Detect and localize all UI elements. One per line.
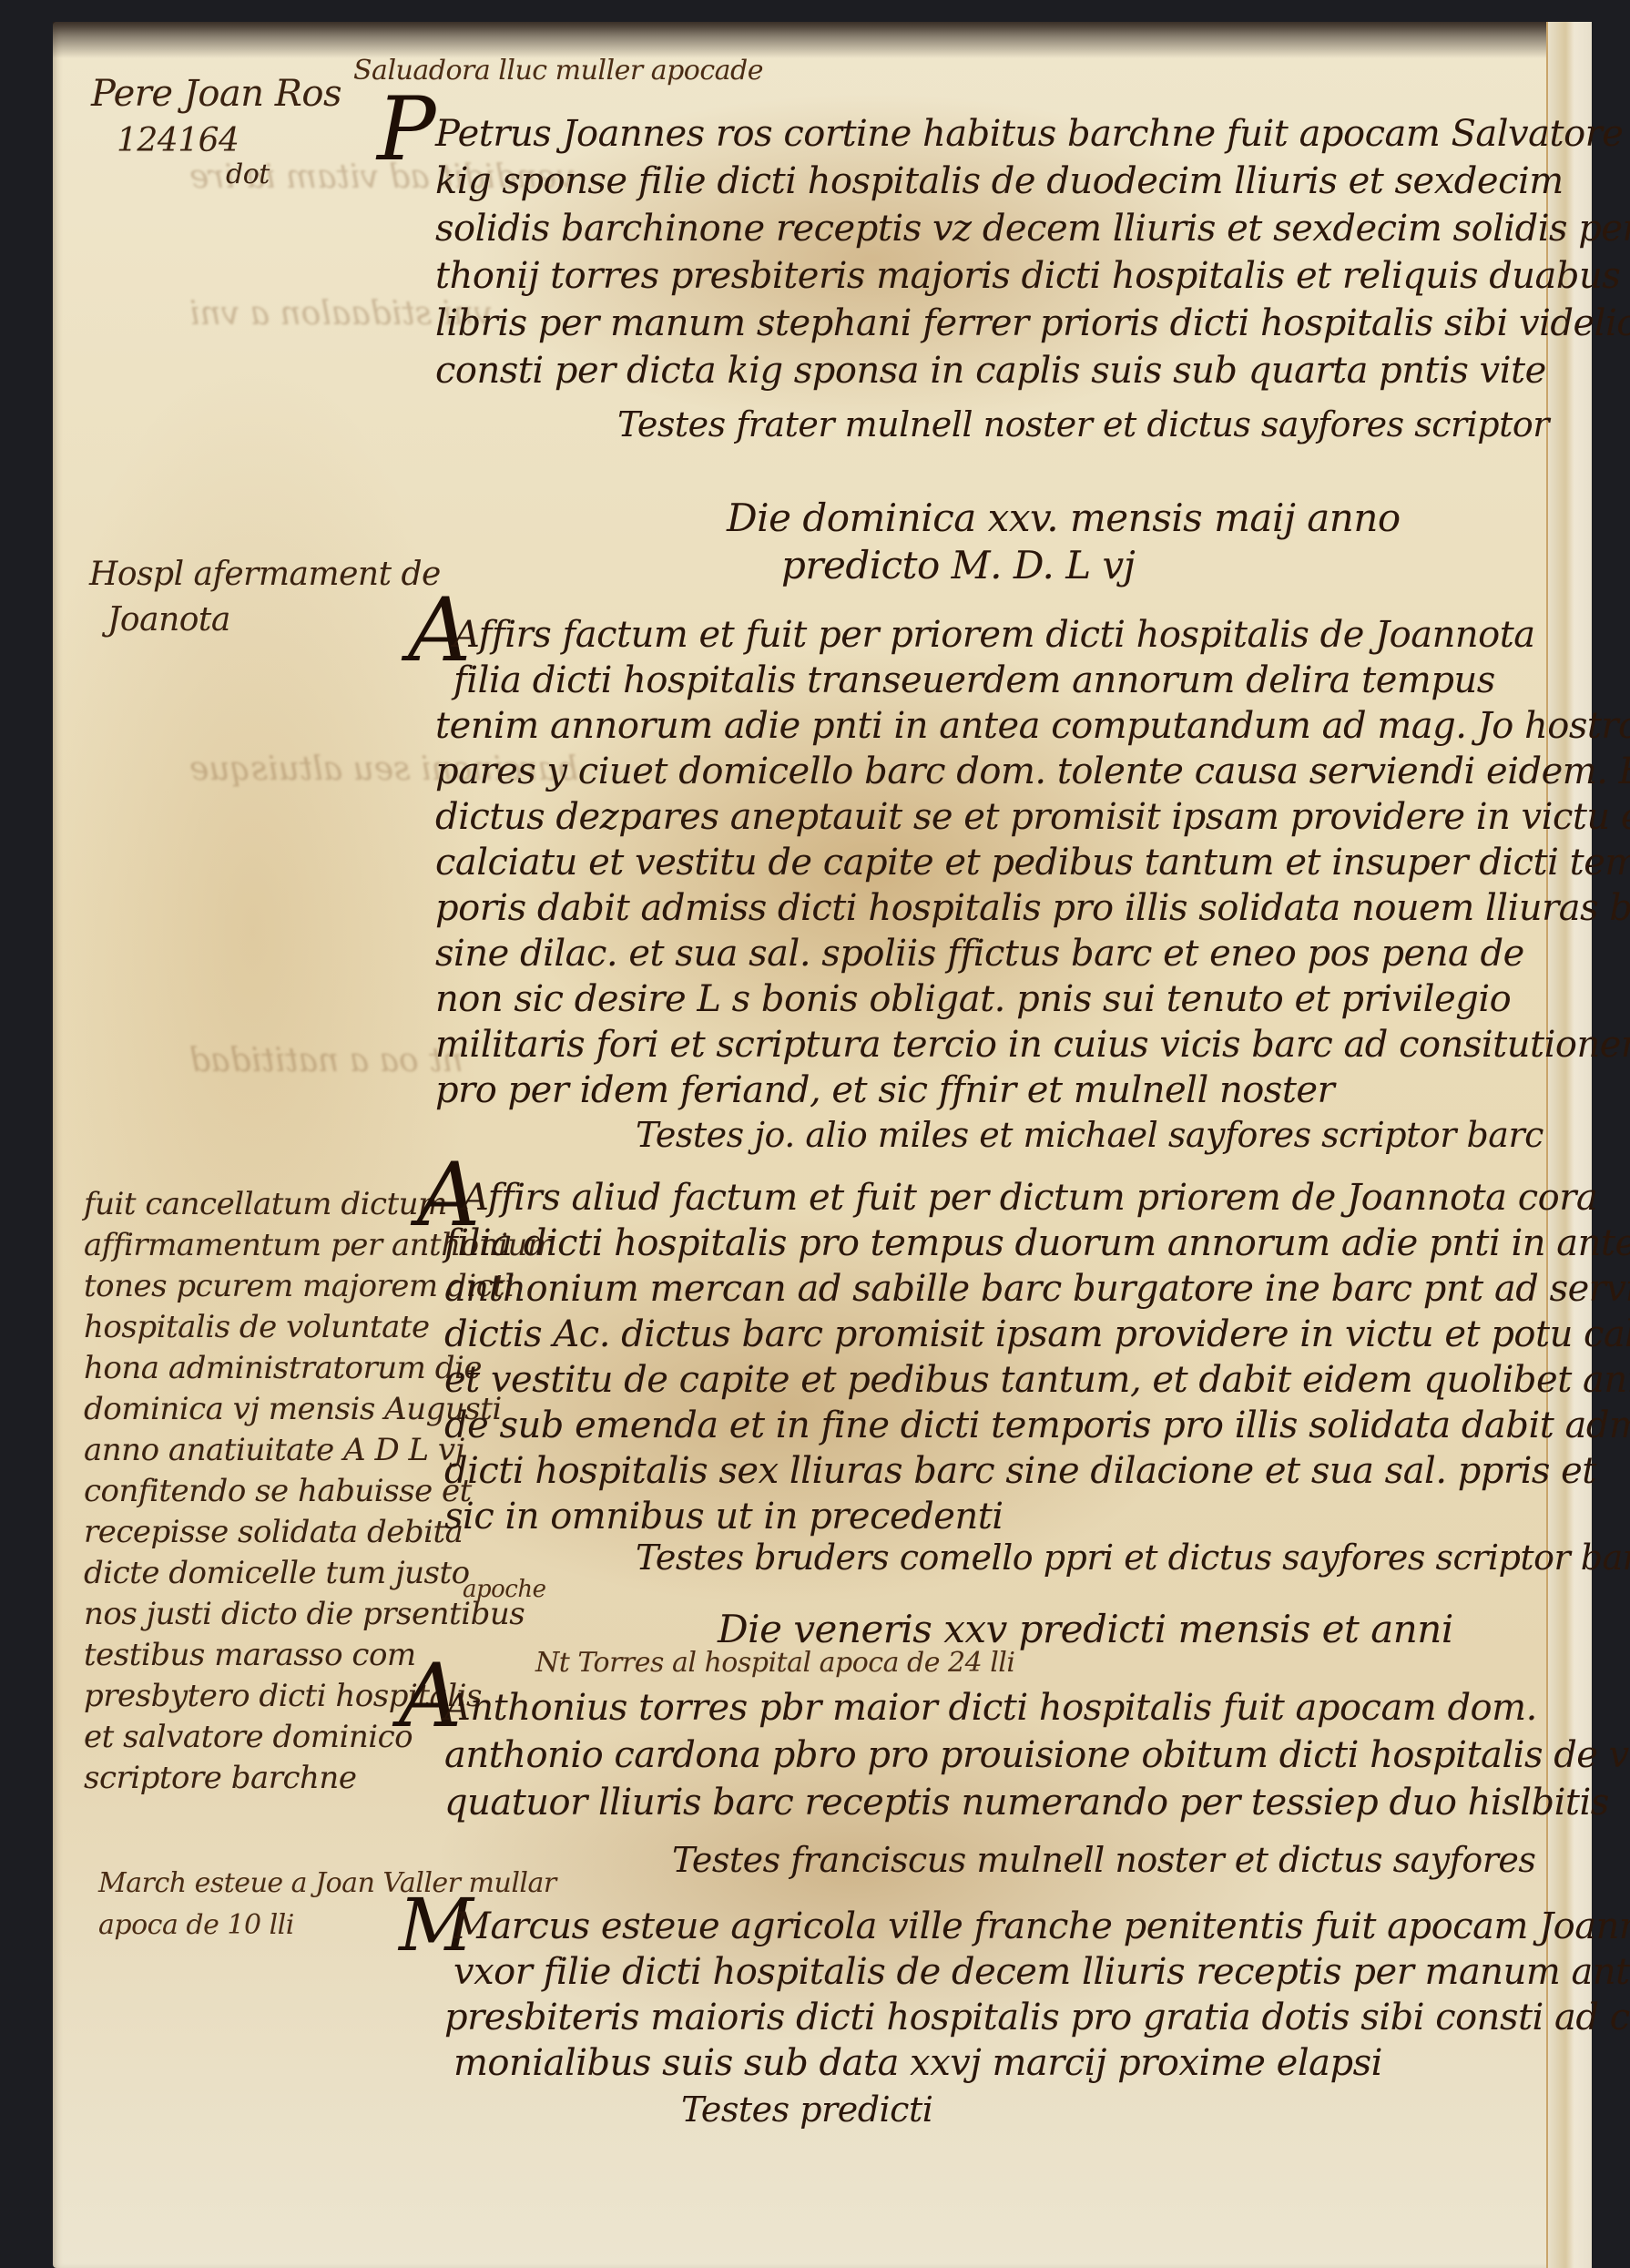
entry-line: de sub emenda et in fine dicti temporis …: [444, 1405, 1630, 1446]
date-heading: Die dominica xxv. mensis maij anno: [727, 495, 1401, 540]
interlinear-note: apoche: [463, 1576, 546, 1603]
margin-note-dot: dot: [226, 158, 270, 190]
entry-line: non sic desire L s bonis obligat. pnis s…: [435, 978, 1511, 1020]
entry-line: anthonio cardona pbro pro prouisione obi…: [444, 1734, 1630, 1776]
entry-line: pares y ciuet domicello barc dom. tolent…: [435, 751, 1630, 792]
margin-note-heading-2: Joanota: [107, 601, 230, 639]
witnesses-line: Testes franciscus mulnell noster et dict…: [672, 1840, 1535, 1880]
margin-note-cancel: scriptore barchne: [84, 1760, 356, 1796]
manuscript-page: vendidit ad vitam ia ire vni stidaalon a…: [53, 22, 1592, 2268]
margin-note-number: 124164: [117, 122, 239, 159]
date-heading: predicto M. D. L vj: [781, 543, 1135, 587]
entry-line: quatuor lliuris barc receptis numerando …: [444, 1782, 1609, 1824]
margin-note-cancel: dicte domicelle tum justo: [84, 1555, 470, 1591]
bleed-through: nt oa a natitidad: [189, 1042, 464, 1079]
entry-line: thonij torres presbiteris majoris dicti …: [435, 255, 1620, 297]
entry-line: Petrus Joannes ros cortine habitus barch…: [435, 113, 1623, 155]
entry-line: consti per dicta kig sponsa in caplis su…: [435, 350, 1546, 392]
witnesses-line: Testes bruders comello ppri et dictus sa…: [636, 1538, 1630, 1578]
entry-line: calciatu et vestitu de capite et pedibus…: [435, 842, 1630, 884]
witnesses-line: Testes jo. alio miles et michael sayfore…: [636, 1115, 1543, 1155]
margin-note-name: Pere Joan Ros: [91, 73, 341, 115]
entry-line: sine dilac. et sua sal. spoliis ffictus …: [435, 933, 1524, 975]
margin-note-cancel: fuit cancellatum dictum: [84, 1186, 447, 1222]
entry-line: Affirs factum et fuit per priorem dicti …: [453, 614, 1535, 656]
margin-note-cancel: anno anatiuitate A D L vj: [84, 1432, 464, 1468]
entry-line: anthonium mercan ad sabille barc burgato…: [444, 1268, 1630, 1310]
entry-line: dictus dezpares aneptauit se et promisit…: [435, 796, 1630, 838]
margin-note-cancel: dominica vj mensis Augusti: [84, 1391, 502, 1427]
witnesses-line: Testes predicti: [681, 2089, 932, 2130]
side-note: Nt Torres al hospital apoca de 24 lli: [535, 1647, 1014, 1679]
entry-line: Affirs aliud factum et fuit per dictum p…: [463, 1177, 1597, 1219]
entry-line: sic in omnibus ut in precedenti: [444, 1496, 1003, 1538]
entry-line: poris dabit admiss dicti hospitalis pro …: [435, 887, 1630, 929]
entry-line: dictis Ac. dictus barc promisit ipsam pr…: [444, 1313, 1630, 1355]
initial-letter: P: [377, 86, 436, 173]
margin-note-cancel: testibus marasso com: [84, 1637, 416, 1673]
margin-note-apoca-amount: apoca de 10 lli: [98, 1909, 294, 1941]
entry-line: monialibus suis sub data xxvj marcij pro…: [453, 2042, 1382, 2084]
entry-line: Marcus esteue agricola ville franche pen…: [453, 1905, 1630, 1947]
margin-note-cancel: nos justi dicto die prsentibus: [84, 1596, 525, 1632]
margin-note-cancel: hona administratorum die: [84, 1350, 482, 1386]
entry-line: presbiteris maioris dicti hospitalis pro…: [444, 1997, 1630, 2038]
margin-note-cancel: confitendo se habuisse et: [84, 1473, 472, 1509]
margin-note-heading: Hospl afermament de: [89, 556, 441, 593]
entry-line: tenim annorum adie pnti in antea computa…: [435, 705, 1630, 747]
entry-line: militaris fori et scriptura tercio in cu…: [435, 1024, 1630, 1066]
entry-line: Anthonius torres pbr maior dicti hospita…: [444, 1687, 1537, 1729]
witnesses-line: Testes frater mulnell noster et dictus s…: [617, 404, 1549, 444]
date-heading: Die veneris xxv predicti mensis et anni: [718, 1607, 1453, 1651]
entry-line: filia dicti hospitalis transeuerdem anno…: [453, 659, 1495, 701]
entry-line: et vestitu de capite et pedibus tantum, …: [444, 1359, 1630, 1401]
entry-line: kig sponse filie dicti hospitalis de duo…: [435, 160, 1564, 202]
entry-line: vxor filie dicti hospitalis de decem lli…: [453, 1951, 1630, 1993]
margin-note-apoca: March esteue a Joan Valler mullar: [98, 1867, 556, 1899]
burned-top-edge: [53, 22, 1592, 58]
entry-line: libris per manum stephani ferrer prioris…: [435, 302, 1630, 344]
margin-note-cancel: recepisse solidata debita: [84, 1514, 463, 1550]
margin-note-cancel: et salvatore dominico: [84, 1719, 413, 1755]
entry-line: solidis barchinone receptis vz decem lli…: [435, 208, 1630, 250]
entry-line: pro per idem feriand, et sic ffnir et mu…: [435, 1069, 1334, 1111]
entry-line: dicti hospitalis sex lliuras barc sine d…: [444, 1450, 1596, 1492]
entry-line: filia dicti hospitalis pro tempus duorum…: [444, 1222, 1630, 1264]
margin-note-cancel: hospitalis de voluntate: [84, 1309, 430, 1345]
